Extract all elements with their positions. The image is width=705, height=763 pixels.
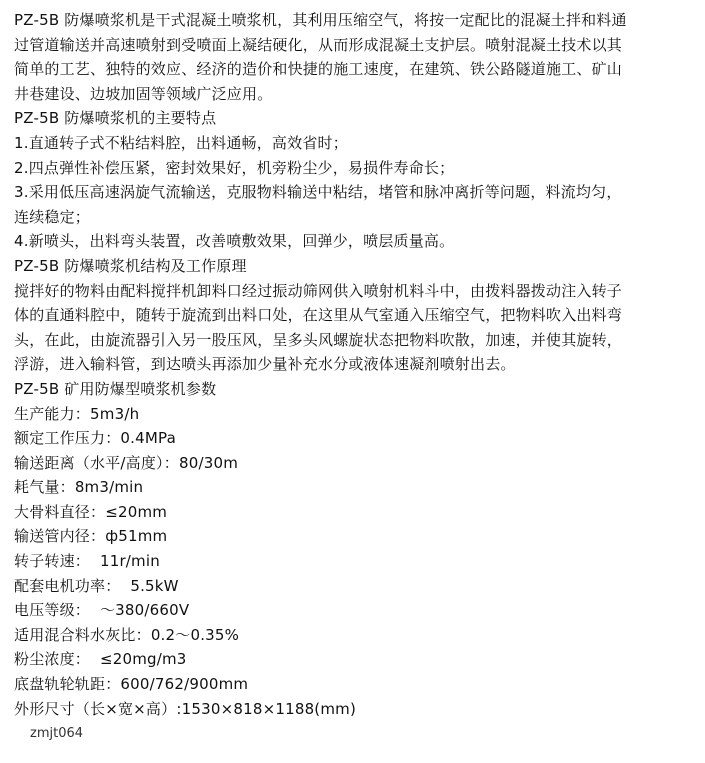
spec-label: 输送管内径： bbox=[14, 527, 105, 545]
principle-heading: PZ-5B 防爆喷浆机结构及工作原理 bbox=[14, 254, 695, 279]
spec-label: 耗气量： bbox=[14, 478, 75, 496]
feature-item: 1.直通转子式不粘结料腔，出料通畅，高效省时； bbox=[14, 131, 695, 156]
spec-label: 输送距离（水平/高度）： bbox=[14, 454, 179, 472]
spec-label: 额定工作压力： bbox=[14, 429, 120, 447]
spec-value: 5.5kW bbox=[120, 577, 178, 595]
feature-item: 2.四点弹性补偿压紧，密封效果好，机旁粉尘少，易损件寿命长； bbox=[14, 156, 695, 181]
spec-value: ≤20mg/m3 bbox=[90, 650, 187, 668]
spec-label: 底盘轨轮轨距： bbox=[14, 675, 120, 693]
spec-label: 外形尺寸（长×宽×高） bbox=[14, 700, 176, 718]
spec-row: 耗气量：8m3/min bbox=[14, 475, 695, 500]
feature-item-continuation: 连续稳定； bbox=[14, 205, 695, 230]
features-section: PZ-5B 防爆喷浆机的主要特点 1.直通转子式不粘结料腔，出料通畅，高效省时；… bbox=[14, 106, 695, 254]
specs-heading: PZ-5B 矿用防爆型喷浆机参数 bbox=[14, 377, 695, 402]
spec-value: 600/762/900mm bbox=[120, 675, 248, 693]
document: PZ-5B 防爆喷浆机是干式混凝土喷浆机，其利用压缩空气，将按一定配比的混凝土拌… bbox=[0, 0, 705, 745]
feature-item: 3.采用低压高速涡旋气流输送，克服物料输送中粘结，堵管和脉冲离折等问题，料流均匀… bbox=[14, 180, 695, 205]
spec-label: 适用混合料水灰比： bbox=[14, 626, 151, 644]
spec-label: 生产能力： bbox=[14, 405, 90, 423]
spec-label: 粉尘浓度： bbox=[14, 650, 90, 668]
spec-value: 11r/min bbox=[90, 552, 160, 570]
image-caption: zmjt064 bbox=[14, 723, 695, 745]
spec-value: ≤20mm bbox=[105, 503, 167, 521]
spec-row: 电压等级： ～380/660V bbox=[14, 598, 695, 623]
spec-value: 0.2～0.35% bbox=[151, 626, 239, 644]
spec-row: 适用混合料水灰比：0.2～0.35% bbox=[14, 623, 695, 648]
spec-row: 外形尺寸（长×宽×高）:1530×818×1188(mm) bbox=[14, 697, 695, 722]
intro-line: 过管道输送并高速喷射到受喷面上凝结硬化，从而形成混凝土支护层。喷射混凝土技术以其 bbox=[14, 33, 695, 58]
feature-item: 4.新喷头，出料弯头装置，改善喷敷效果，回弹少，喷层质量高。 bbox=[14, 229, 695, 254]
principle-line: 体的直通料腔中，随转于旋流到出料口处，在这里从气室通入压缩空气，把物料吹入出料弯 bbox=[14, 303, 695, 328]
principle-line: 头，在此，由旋流器引入另一股压风，呈多头风螺旋状态把物料吹散，加速，并使其旋转， bbox=[14, 328, 695, 353]
spec-value: 80/30m bbox=[179, 454, 238, 472]
spec-value: ～380/660V bbox=[90, 601, 189, 619]
spec-row: 额定工作压力：0.4MPa bbox=[14, 426, 695, 451]
spec-row: 生产能力：5m3/h bbox=[14, 402, 695, 427]
spec-label: 配套电机功率： bbox=[14, 577, 120, 595]
principle-line: 浮游，进入输料管，到达喷头再添加少量补充水分或液体速凝剂喷射出去。 bbox=[14, 352, 695, 377]
features-heading: PZ-5B 防爆喷浆机的主要特点 bbox=[14, 106, 695, 131]
spec-value: 5m3/h bbox=[90, 405, 139, 423]
intro-paragraph: PZ-5B 防爆喷浆机是干式混凝土喷浆机，其利用压缩空气，将按一定配比的混凝土拌… bbox=[14, 8, 695, 106]
spec-row: 输送管内径：ф51mm bbox=[14, 524, 695, 549]
specs-section: PZ-5B 矿用防爆型喷浆机参数 生产能力：5m3/h 额定工作压力：0.4MP… bbox=[14, 377, 695, 721]
spec-row: 粉尘浓度： ≤20mg/m3 bbox=[14, 647, 695, 672]
spec-row: 输送距离（水平/高度）：80/30m bbox=[14, 451, 695, 476]
spec-label: 电压等级： bbox=[14, 601, 90, 619]
intro-line: 简单的工艺、独特的效应、经济的造价和快捷的施工速度，在建筑、铁公路隧道施工、矿山 bbox=[14, 57, 695, 82]
spec-label: 转子转速： bbox=[14, 552, 90, 570]
intro-line: PZ-5B 防爆喷浆机是干式混凝土喷浆机，其利用压缩空气，将按一定配比的混凝土拌… bbox=[14, 8, 695, 33]
spec-value: ф51mm bbox=[105, 527, 167, 545]
spec-row: 转子转速： 11r/min bbox=[14, 549, 695, 574]
spec-value: 0.4MPa bbox=[120, 429, 176, 447]
spec-row: 底盘轨轮轨距：600/762/900mm bbox=[14, 672, 695, 697]
spec-row: 大骨料直径：≤20mm bbox=[14, 500, 695, 525]
spec-row: 配套电机功率： 5.5kW bbox=[14, 574, 695, 599]
spec-value: 8m3/min bbox=[75, 478, 143, 496]
intro-line: 井巷建设、边坡加固等领域广泛应用。 bbox=[14, 82, 695, 107]
spec-label: 大骨料直径： bbox=[14, 503, 105, 521]
spec-value: :1530×818×1188(mm) bbox=[176, 700, 356, 718]
principle-section: PZ-5B 防爆喷浆机结构及工作原理 搅拌好的物料由配料搅拌机卸料口经过振动筛网… bbox=[14, 254, 695, 377]
principle-line: 搅拌好的物料由配料搅拌机卸料口经过振动筛网供入喷射机料斗中，由拨料器拨动注入转子 bbox=[14, 279, 695, 304]
